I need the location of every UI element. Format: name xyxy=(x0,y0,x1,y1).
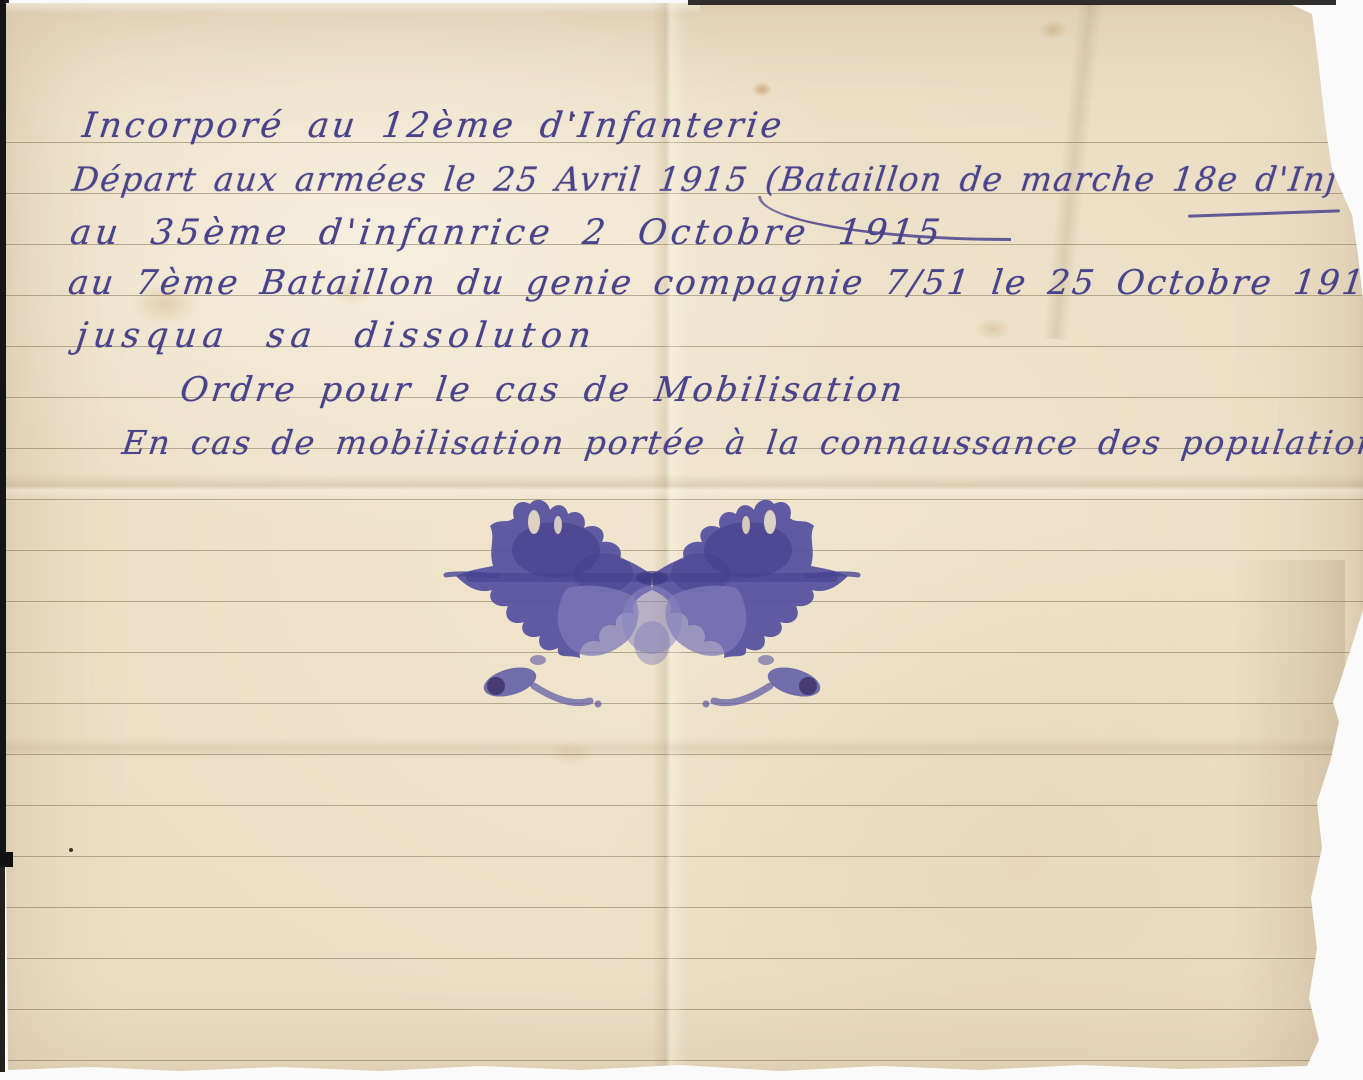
torn-edge-shading xyxy=(1235,560,1345,1080)
manuscript-line-2: Départ aux armées le 25 Avril 1915 (Bata… xyxy=(70,160,1363,199)
paper-stain xyxy=(548,742,594,766)
fold-crease-top xyxy=(0,0,700,14)
ink-blot-graphic xyxy=(438,478,868,723)
manuscript-line-5: jusqua sa dissoluton xyxy=(74,316,599,356)
scanner-edge-notch xyxy=(0,852,13,867)
manuscript-line-4: au 7ème Bataillon du genie compagnie 7/5… xyxy=(66,263,1363,303)
pen-underline xyxy=(1188,209,1340,217)
fold-crease-horizontal-lower xyxy=(0,738,1363,758)
manuscript-line-3: au 35ème d'infanrice 2 Octobre 1915 xyxy=(68,213,946,253)
paper-sheet: Incorporé au 12ème d'Infanterie Départ a… xyxy=(0,0,1363,1080)
manuscript-line-1: Incorporé au 12ème d'Infanterie xyxy=(80,106,787,146)
ink-blot xyxy=(438,478,868,723)
manuscript-line-6: Ordre pour le cas de Mobilisation xyxy=(178,370,908,410)
paper-stain xyxy=(752,82,772,97)
scanner-edge-left-lower xyxy=(0,862,5,1072)
scanner-edge-top xyxy=(688,0,1336,5)
paper-stain xyxy=(975,318,1011,340)
paper-speck xyxy=(69,848,73,852)
manuscript-line-7: En cas de mobilisation portée à la conna… xyxy=(120,423,1363,462)
paper-stain xyxy=(1038,20,1068,40)
